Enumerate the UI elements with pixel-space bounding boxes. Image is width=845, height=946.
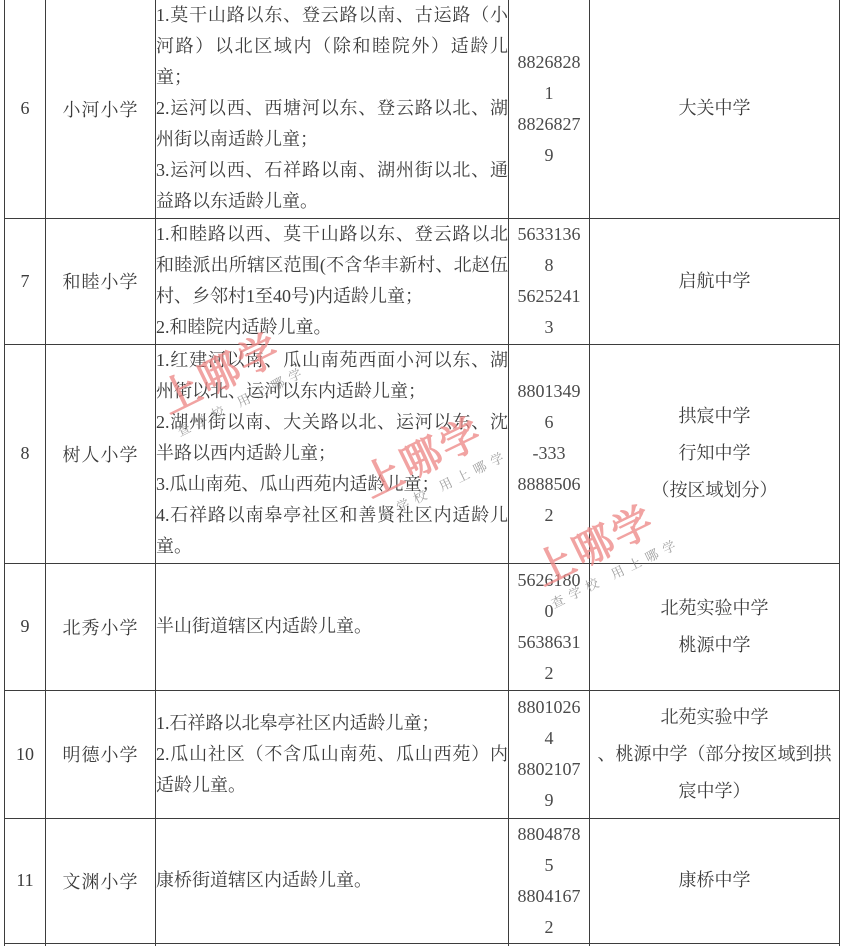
phone-line: 2 (509, 500, 589, 531)
row-number-cell: 9 (5, 563, 46, 690)
middle-school-line: 康桥中学 (590, 862, 839, 899)
district-item: 1.莫干山路以东、登云路以南、古运路（小河路）以北区域内（除和睦院外）适龄儿童； (156, 0, 508, 93)
school-name-cell: 文渊小学 (46, 818, 156, 943)
row-number-cell: 10 (5, 690, 46, 818)
district-item: 3.瓜山南苑、瓜山西苑内适龄儿童； (156, 469, 508, 500)
phone-line: 8804878 (509, 819, 589, 850)
phone-line: 3 (509, 312, 589, 343)
table-row: 11文渊小学康桥街道辖区内适龄儿童。8804878588041672康桥中学 (5, 818, 840, 943)
phone-line: 8801026 (509, 692, 589, 723)
middle-school-line: 桃源中学 (590, 627, 839, 664)
phone-cell: 8826828188268279 (509, 0, 590, 218)
district-item: 2.瓜山社区（不含瓜山南苑、瓜山西苑）内适龄儿童。 (156, 739, 508, 801)
district-item: 1.和睦路以西、莫干山路以东、登云路以北和睦派出所辖区范围(不含华丰新村、北赵伍… (156, 219, 508, 312)
phone-line: 1 (509, 78, 589, 109)
phone-line: 5625241 (509, 281, 589, 312)
phone-line: 8801349 (509, 376, 589, 407)
phone-line: -333 (509, 438, 589, 469)
phone-line: 8826828 (509, 47, 589, 78)
district-item: 2.运河以西、西塘河以东、登云路以北、湖州街以南适龄儿童； (156, 93, 508, 155)
phone-cell: 8801026488021079 (509, 690, 590, 818)
middle-school-cell: 北苑实验中学桃源中学 (590, 563, 840, 690)
district-item: 康桥街道辖区内适龄儿童。 (156, 865, 508, 896)
district-description-cell: 1.莫干山路以东、登云路以南、古运路（小河路）以北区域内（除和睦院外）适龄儿童；… (156, 0, 509, 218)
row-number-cell: 7 (5, 218, 46, 344)
phone-line: 2 (509, 912, 589, 943)
middle-school-line: 启航中学 (590, 263, 839, 300)
district-description-cell: 1.红建河以南、瓜山南苑西面小河以东、湖州街以北、运河以东内适龄儿童；2.湖州街… (156, 344, 509, 563)
district-item: 3.运河以西、石祥路以南、湖州街以北、通益路以东适龄儿童。 (156, 155, 508, 217)
middle-school-cell: 北苑实验中学、桃源中学（部分按区域到拱宸中学） (590, 690, 840, 818)
middle-school-line: 拱宸中学 (590, 398, 839, 435)
row-number-cell: 11 (5, 818, 46, 943)
phone-line: 9 (509, 785, 589, 816)
phone-line: 5638631 (509, 627, 589, 658)
district-item: 2.湖州街以南、大关路以北、运河以东、沈半路以西内适龄儿童； (156, 407, 508, 469)
phone-cell: 5626180056386312 (509, 563, 590, 690)
school-district-table: 6小河小学1.莫干山路以东、登云路以南、古运路（小河路）以北区域内（除和睦院外）… (4, 0, 840, 946)
phone-line: 5 (509, 850, 589, 881)
district-description-cell: 康桥街道辖区内适龄儿童。 (156, 818, 509, 943)
school-name-cell: 树人小学 (46, 344, 156, 563)
middle-school-line: 行知中学 (590, 435, 839, 472)
school-name-cell: 和睦小学 (46, 218, 156, 344)
middle-school-cell: 康桥中学 (590, 818, 840, 943)
middle-school-line: 大关中学 (590, 90, 839, 127)
phone-line: 8 (509, 250, 589, 281)
phone-line: 5626180 (509, 565, 589, 596)
school-name-cell: 北秀小学 (46, 563, 156, 690)
district-description-cell: 1.和睦路以西、莫干山路以东、登云路以北和睦派出所辖区范围(不含华丰新村、北赵伍… (156, 218, 509, 344)
middle-school-line: 北苑实验中学 (590, 699, 839, 736)
school-name-cell: 小河小学 (46, 0, 156, 218)
middle-school-cell: 大关中学 (590, 0, 840, 218)
middle-school-line: 宸中学） (590, 773, 839, 810)
phone-cell: 88013496-33388885062 (509, 344, 590, 563)
table-row: 7和睦小学1.和睦路以西、莫干山路以东、登云路以北和睦派出所辖区范围(不含华丰新… (5, 218, 840, 344)
district-item: 1.石祥路以北皋亭社区内适龄儿童； (156, 708, 508, 739)
document-page: 6小河小学1.莫干山路以东、登云路以南、古运路（小河路）以北区域内（除和睦院外）… (0, 0, 845, 946)
phone-line: 4 (509, 723, 589, 754)
middle-school-cell: 拱宸中学行知中学（按区域划分） (590, 344, 840, 563)
district-item: 半山街道辖区内适龄儿童。 (156, 611, 508, 642)
phone-line: 9 (509, 140, 589, 171)
school-name-cell: 明德小学 (46, 690, 156, 818)
district-item: 4.石祥路以南皋亭社区和善贤社区内适龄儿童。 (156, 500, 508, 562)
middle-school-cell: 启航中学 (590, 218, 840, 344)
district-description-cell: 1.石祥路以北皋亭社区内适龄儿童；2.瓜山社区（不含瓜山南苑、瓜山西苑）内适龄儿… (156, 690, 509, 818)
table-row: 6小河小学1.莫干山路以东、登云路以南、古运路（小河路）以北区域内（除和睦院外）… (5, 0, 840, 218)
district-description-cell: 半山街道辖区内适龄儿童。 (156, 563, 509, 690)
phone-line: 5633136 (509, 219, 589, 250)
phone-line: 6 (509, 407, 589, 438)
table-row: 8树人小学1.红建河以南、瓜山南苑西面小河以东、湖州街以北、运河以东内适龄儿童；… (5, 344, 840, 563)
middle-school-line: 、桃源中学（部分按区域到拱 (590, 736, 839, 773)
middle-school-line: 北苑实验中学 (590, 590, 839, 627)
district-item: 2.和睦院内适龄儿童。 (156, 312, 508, 343)
row-number-cell: 8 (5, 344, 46, 563)
phone-cell: 8804878588041672 (509, 818, 590, 943)
phone-line: 8826827 (509, 109, 589, 140)
phone-line: 8802107 (509, 754, 589, 785)
phone-cell: 5633136856252413 (509, 218, 590, 344)
phone-line: 8888506 (509, 469, 589, 500)
table-row: 10明德小学1.石祥路以北皋亭社区内适龄儿童；2.瓜山社区（不含瓜山南苑、瓜山西… (5, 690, 840, 818)
phone-line: 0 (509, 596, 589, 627)
row-number-cell: 6 (5, 0, 46, 218)
table-row: 9北秀小学半山街道辖区内适龄儿童。5626180056386312北苑实验中学桃… (5, 563, 840, 690)
middle-school-line: （按区域划分） (590, 472, 839, 509)
table-body: 6小河小学1.莫干山路以东、登云路以南、古运路（小河路）以北区域内（除和睦院外）… (5, 0, 840, 946)
phone-line: 8804167 (509, 881, 589, 912)
district-item: 1.红建河以南、瓜山南苑西面小河以东、湖州街以北、运河以东内适龄儿童； (156, 345, 508, 407)
phone-line: 2 (509, 658, 589, 689)
